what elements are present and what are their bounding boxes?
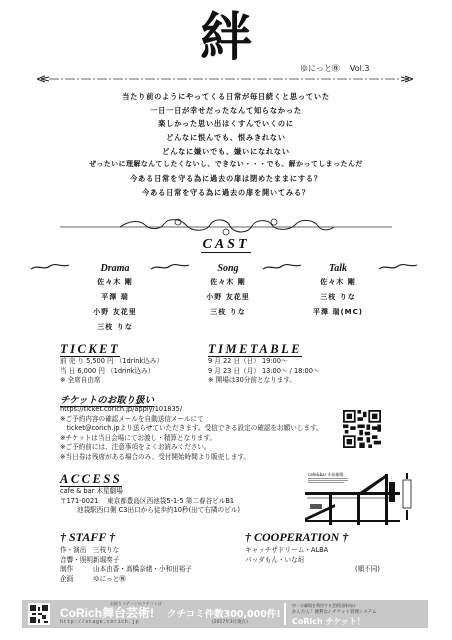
flourish-icon [262, 262, 302, 272]
staff-row: 作・演出三枝りな [60, 546, 192, 556]
dashed-divider-ornament [35, 75, 415, 83]
cast-name: 三枝 りな [188, 305, 268, 320]
staff-name: ゆにっと㊑ [93, 575, 126, 585]
poem-line: 今ある日常を守る為に過去の扉を開いてみる？ [0, 186, 452, 200]
organizer-name: ゆにっと㊑ [300, 64, 340, 73]
handling-note: ticket@corich.jpより送らせていただきます。受信できる設定の確認を… [60, 424, 323, 434]
footer-right-line2: かんたん！便利な♪ チケット管理システム [292, 609, 376, 615]
filigree-ornament [60, 216, 392, 238]
timetable-line: 9 月 22 日（日） 19:00～ [208, 357, 320, 367]
cooperation-heading: † COOPERATION † [245, 530, 348, 545]
poem-text: 当たり前のようにやってくる日常が毎日続くと思っていた 一日一日が幸せだったなんて… [0, 90, 452, 200]
cast-column-heading: Talk [298, 262, 378, 275]
staff-row: 音響・照明新堀奏子 [60, 556, 192, 566]
staff-role: 企画 [60, 575, 93, 585]
cast-name: 平澤 瑞 [75, 290, 155, 305]
cooperation-item: キャッチザドリーム・ALBA [245, 546, 380, 556]
review-count-date: (2017年3月現在) [212, 619, 248, 625]
ticket-handling-heading: チケットのお取り扱い [60, 392, 154, 406]
cast-name: 佐々木 剛 [75, 275, 155, 290]
cooperation-item: パッダもん・いな垣 [245, 556, 380, 566]
ticket-handling-info: https://ticket.corich.jp/apply/101835/ ※… [60, 405, 323, 462]
volume-label: Vol.3 [350, 64, 370, 73]
handling-note: ※当日券は残席がある場合のみ、受付開始時間より販売します。 [60, 453, 323, 463]
qr-code-icon[interactable] [343, 410, 381, 448]
ticket-url-link[interactable]: https://ticket.corich.jp/apply/101835/ [60, 405, 323, 415]
timetable-line: 9 月 23 日（月） 13:00～ / 18:00～ [208, 367, 320, 377]
poem-line: ぜったいに理解なんてしたくないし、できない・・・でも、解かってしまったんだ [0, 158, 452, 172]
timetable-info: 9 月 22 日（日） 19:00～ 9 月 23 日（月） 13:00～ / … [208, 357, 320, 386]
cast-name: 三枝 りな [75, 320, 155, 335]
corich-ticket-brand[interactable]: CoRich チケット！ [292, 616, 365, 627]
timetable-heading: TIMETABLE [208, 342, 302, 357]
cast-name: 三枝 りな [298, 290, 378, 305]
cast-name: 小野 友花里 [75, 305, 155, 320]
ticket-info: 前 売 り 5,500 円 （1drink込み） 当 日 6,000 円 （1d… [60, 357, 163, 386]
cast-name: 佐々木 剛 [188, 275, 268, 290]
cast-column-heading: Song [188, 262, 268, 275]
poem-line: どんなに恨んでも、恨みきれない [0, 131, 452, 145]
cast-name: 佐々木 剛 [298, 275, 378, 290]
staff-row: 制作山本由香・髙橋奈緒・小和田裕子 [60, 565, 192, 575]
cast-name: 小野 友花里 [188, 290, 268, 305]
brand-name: CoRich [60, 606, 102, 620]
svg-text:cafe&bar 木星劇場: cafe&bar 木星劇場 [308, 471, 344, 477]
flourish-icon [378, 262, 418, 272]
cast-column-song: Song 佐々木 剛 小野 友花里 三枝 りな [188, 262, 268, 320]
poem-line: どんなに嫌いでも、嫌いになれない [0, 145, 452, 159]
qr-code-icon[interactable] [28, 603, 50, 625]
staff-row: 企画ゆにっと㊑ [60, 575, 192, 585]
poem-line: 楽しかった思い出はくすんでいくのに [0, 117, 452, 131]
staff-role: 作・演出 [60, 546, 93, 556]
corich-banner[interactable]: お困りステージのクチコミは CoRich舞台芸術! http://stage.c… [22, 600, 428, 628]
access-info: cafe & bar 木星劇場 〒171-0021 東京都豊島区西池袋5-1-5… [60, 487, 240, 516]
cast-heading: CAST [0, 237, 452, 253]
staff-name: 山本由香・髙橋奈緒・小和田裕子 [93, 565, 192, 575]
timetable-line: ※ 開場は30分前となります。 [208, 376, 320, 386]
ticket-line: ※ 全席自由席 [60, 376, 163, 386]
cooperation-note: (順不同) [245, 565, 380, 575]
staff-name: 三枝りな [93, 546, 119, 556]
cast-column-drama: Drama 佐々木 剛 平澤 瑞 小野 友花里 三枝 りな [75, 262, 155, 335]
handling-note: ※ご予約内容の確認メールを自動送信メールにて [60, 415, 323, 425]
handling-note: ※チケットは当日会場にてお渡し・精算となります。 [60, 434, 323, 444]
cast-name: 平澤 瑞(MC) [298, 305, 378, 320]
ticket-heading: TICKET [60, 342, 120, 357]
access-heading: ACCESS [60, 472, 122, 487]
venue-address: 〒171-0021 東京都豊島区西池袋5-1-5 第二春谷ビルB1 [60, 497, 240, 507]
poem-line: 一日一日が幸せだったなんて知らなかった [0, 104, 452, 118]
venue-name: cafe & bar 木星劇場 [60, 487, 240, 497]
flourish-icon [30, 262, 70, 272]
venue-map: cafe&bar 木星劇場 [305, 470, 415, 525]
corich-url-link[interactable]: http://stage.corich.jp [60, 619, 139, 625]
poem-line: 今ある日常を守る為に過去の扉は閉めたままにする？ [0, 172, 452, 186]
cooperation-list: キャッチザドリーム・ALBA パッダもん・いな垣 (順不同) [245, 546, 380, 575]
page-title: 絆 [0, 8, 452, 68]
organizer-label: ゆにっと㊑Vol.3 [300, 63, 369, 74]
brand-suffix: 舞台芸術! [102, 606, 154, 620]
venue-directions: 池袋駅西口側 C3出口から徒歩約10秒(出て右隣のビル) [60, 506, 240, 516]
staff-name: 新堀奏子 [93, 556, 119, 566]
footer-divider [284, 603, 286, 625]
cast-column-talk: Talk 佐々木 剛 三枝 りな 平澤 瑞(MC) [298, 262, 378, 320]
flourish-icon [150, 262, 190, 272]
review-count: クチコミ件数300,000件! [167, 606, 281, 620]
staff-list: 作・演出三枝りな 音響・照明新堀奏子 制作山本由香・髙橋奈緒・小和田裕子 企画ゆ… [60, 546, 192, 584]
staff-role: 音響・照明 [60, 556, 93, 566]
staff-role: 制作 [60, 565, 93, 575]
cast-column-heading: Drama [75, 262, 155, 275]
ticket-line: 当 日 6,000 円 （1drink込み） [60, 367, 163, 377]
poem-line: 当たり前のようにやってくる日常が毎日続くと思っていた [0, 90, 452, 104]
handling-note: ※ご予約前には、注意事項をよくお読みください。 [60, 443, 323, 453]
ticket-line: 前 売 り 5,500 円 （1drink込み） [60, 357, 163, 367]
staff-heading: † STAFF † [60, 530, 115, 545]
